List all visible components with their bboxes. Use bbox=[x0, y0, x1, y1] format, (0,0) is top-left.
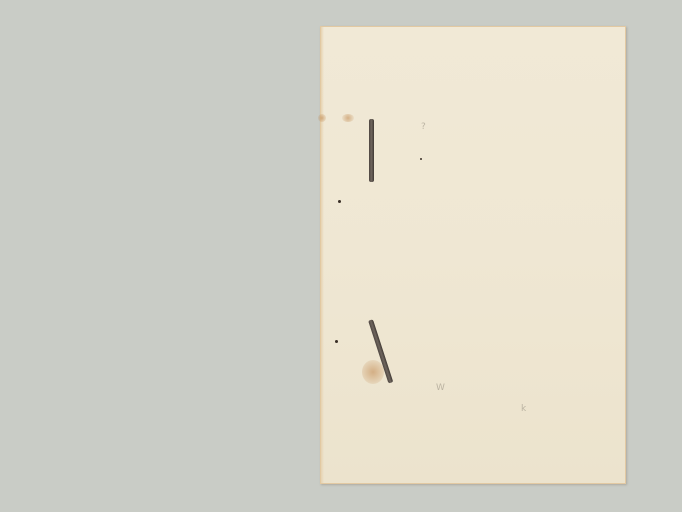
staple-top bbox=[369, 119, 374, 182]
faint-mark: ? bbox=[421, 122, 426, 132]
paper-sheet bbox=[320, 26, 626, 484]
binding-hole bbox=[338, 200, 341, 203]
rust-stain bbox=[342, 114, 354, 122]
rust-stain bbox=[318, 114, 326, 122]
faint-mark: W bbox=[436, 383, 445, 393]
rust-stain bbox=[362, 360, 384, 384]
binding-hole bbox=[335, 340, 338, 343]
speck bbox=[420, 158, 422, 160]
faint-mark: k bbox=[521, 404, 526, 414]
